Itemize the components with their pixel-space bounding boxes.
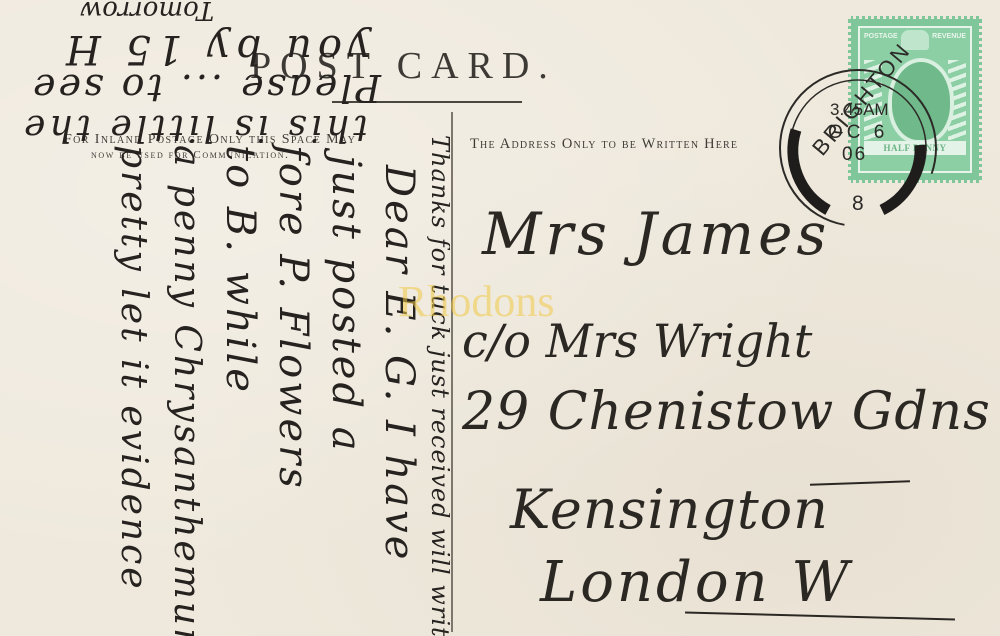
message-line: to B. while bbox=[213, 0, 266, 635]
stamp-header: POSTAGE REVENUE bbox=[860, 33, 970, 40]
address-recipient: Mrs James bbox=[482, 200, 830, 268]
address-street: 29 Chenistow Gdns bbox=[462, 382, 991, 442]
postmark-date: OC 6 bbox=[828, 122, 888, 144]
postmark-year: 06 bbox=[842, 144, 867, 166]
address-city: London W bbox=[540, 550, 852, 615]
center-divider bbox=[451, 112, 453, 632]
message-line: a penny Chrysanthemums bbox=[160, 0, 213, 635]
stamp-postage-label: POSTAGE bbox=[864, 33, 898, 40]
watermark: Rhodons bbox=[398, 276, 554, 327]
message-area: Tomorrow you by 15 H Please ... to see t… bbox=[0, 0, 450, 636]
message-line: pretty let it evidence bbox=[107, 0, 160, 635]
postmark-time: 3.45AM bbox=[830, 100, 889, 120]
message-line: just posted a bbox=[319, 0, 372, 635]
address-district: Kensington bbox=[510, 478, 829, 541]
postcard-back: POST CARD. For Inland Postage Only this … bbox=[0, 0, 1000, 636]
postmark-code: 8 bbox=[852, 192, 864, 216]
stamp-revenue-label: REVENUE bbox=[932, 33, 966, 40]
address-label: The Address Only to be Written Here bbox=[470, 136, 738, 153]
message-line: fore P. Flowers bbox=[266, 0, 319, 635]
